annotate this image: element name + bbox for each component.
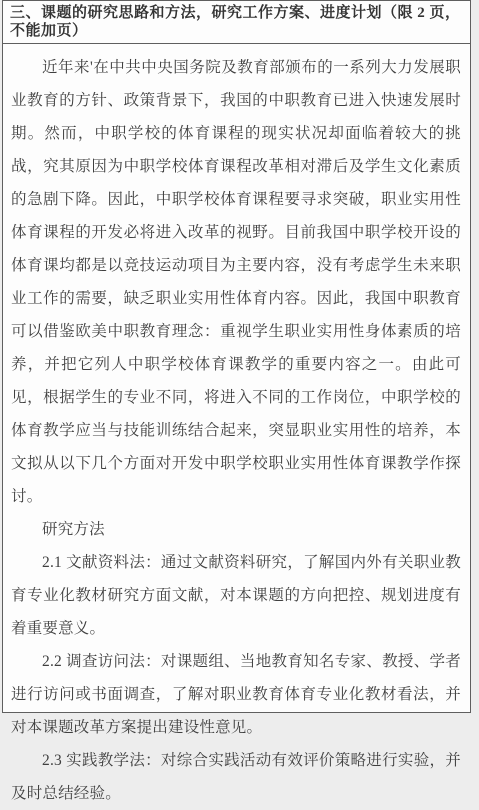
methods-heading: 研究方法 [11,513,461,546]
intro-paragraph: 近年来'在中共中央国务院及教育部颁布的一系列大力发展职业教育的方针、政策背景下，… [11,51,461,513]
document-page: 三、课题的研究思路和方法，研究工作方案、进度计划（限 2 页，不能加页） 近年来… [2,0,471,713]
section-title: 三、课题的研究思路和方法，研究工作方案、进度计划（限 2 页，不能加页） [10,5,461,39]
section-header: 三、课题的研究思路和方法，研究工作方案、进度计划（限 2 页，不能加页） [3,1,470,44]
method-survey-paragraph: 2.2 调查访问法：对课题组、当地教育知名专家、教授、学者进行访问或书面调查，了… [11,645,461,717]
section-body: 近年来'在中共中央国务院及教育部颁布的一系列大力发展职业教育的方针、政策背景下，… [3,44,470,717]
method-literature-paragraph: 2.1 文献资料法：通过文献资料研究，了解国内外有关职业教育专业化教材研究方面文… [11,546,461,645]
